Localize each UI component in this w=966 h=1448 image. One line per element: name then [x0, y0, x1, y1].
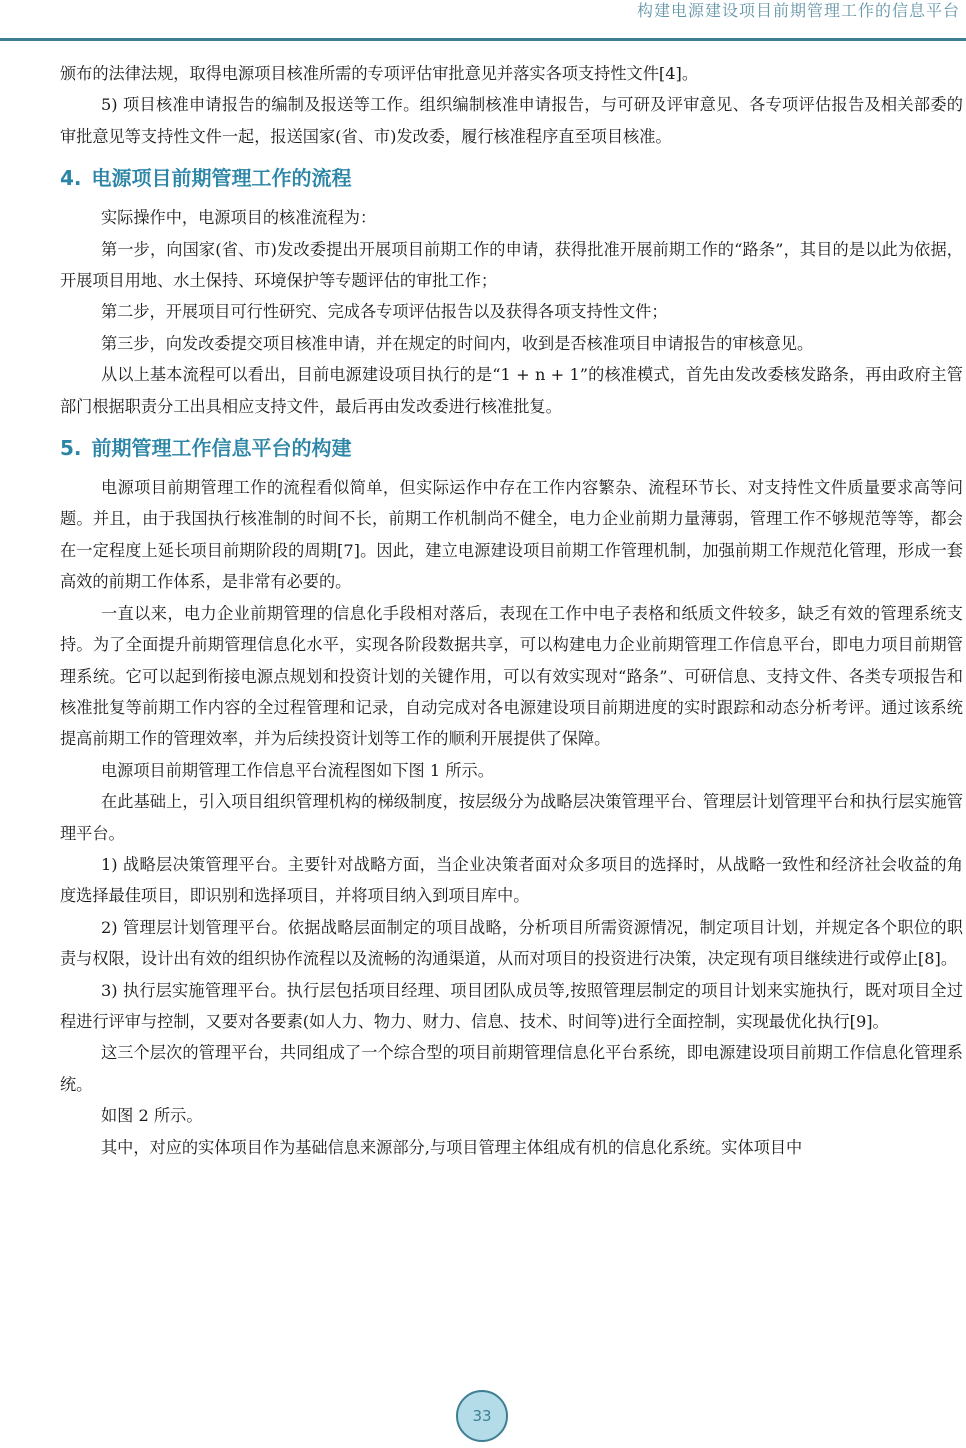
section-title: 电源项目前期管理工作的流程	[92, 166, 352, 190]
running-header: 构建电源建设项目前期管理工作的信息平台	[637, 0, 960, 28]
paragraph-continuation: 颁布的法律法规，取得电源项目核准所需的专项评估审批意见并落实各项支持性文件[4]…	[60, 58, 963, 89]
paragraph-item-5: 5) 项目核准申请报告的编制及报送等工作。组织编制核准申请报告，与可研及评审意见…	[60, 89, 963, 152]
paragraph: 一直以来，电力企业前期管理的信息化手段相对落后，表现在工作中电子表格和纸质文件较…	[60, 598, 963, 755]
section-number: 4.	[60, 166, 82, 190]
section-title: 前期管理工作信息平台的构建	[92, 436, 352, 460]
paragraph: 实际操作中，电源项目的核准流程为：	[60, 202, 963, 233]
paragraph: 从以上基本流程可以看出，目前电源建设项目执行的是“1 + n + 1”的核准模式…	[60, 359, 963, 422]
paragraph: 第三步，向发改委提交项目核准申请，并在规定的时间内，收到是否核准项目申请报告的审…	[60, 328, 963, 359]
header-rule	[0, 38, 966, 41]
section-heading-5: 5.前期管理工作信息平台的构建	[60, 430, 963, 466]
section-number: 5.	[60, 436, 82, 460]
paragraph: 2) 管理层计划管理平台。依据战略层面制定的项目战略，分析项目所需资源情况，制定…	[60, 912, 963, 975]
paragraph: 如图 2 所示。	[60, 1100, 963, 1131]
paragraph: 其中，对应的实体项目作为基础信息来源部分,与项目管理主体组成有机的信息化系统。实…	[60, 1132, 963, 1163]
section-heading-4: 4.电源项目前期管理工作的流程	[60, 160, 963, 196]
page-number-badge: 33	[456, 1390, 508, 1442]
paragraph: 电源项目前期管理工作的流程看似简单，但实际运作中存在工作内容繁杂、流程环节长、对…	[60, 472, 963, 598]
paragraph: 这三个层次的管理平台，共同组成了一个综合型的项目前期管理信息化平台系统，即电源建…	[60, 1037, 963, 1100]
paragraph: 3) 执行层实施管理平台。执行层包括项目经理、项目团队成员等,按照管理层制定的项…	[60, 975, 963, 1038]
paragraph: 第二步，开展项目可行性研究、完成各专项评估报告以及获得各项支持性文件；	[60, 296, 963, 327]
paragraph: 1) 战略层决策管理平台。主要针对战略方面，当企业决策者面对众多项目的选择时，从…	[60, 849, 963, 912]
paragraph: 第一步，向国家(省、市)发改委提出开展项目前期工作的申请，获得批准开展前期工作的…	[60, 234, 963, 297]
paragraph: 在此基础上，引入项目组织管理机构的梯级制度，按层级分为战略层决策管理平台、管理层…	[60, 786, 963, 849]
page-body: 颁布的法律法规，取得电源项目核准所需的专项评估审批意见并落实各项支持性文件[4]…	[60, 58, 963, 1163]
paragraph: 电源项目前期管理工作信息平台流程图如下图 1 所示。	[60, 755, 963, 786]
